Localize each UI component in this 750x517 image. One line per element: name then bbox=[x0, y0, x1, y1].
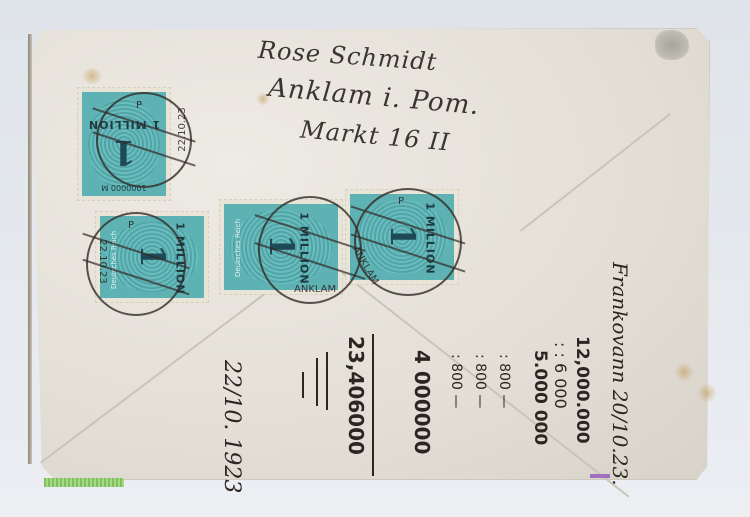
double-rule bbox=[326, 352, 328, 410]
stamp-country: Deutsches Reich bbox=[234, 208, 242, 288]
foxing-stain bbox=[698, 382, 716, 404]
green-label-strip bbox=[44, 478, 124, 487]
postmark-letter: P bbox=[398, 196, 404, 207]
date-annotation: 22/10. 1923 bbox=[219, 360, 244, 493]
postmark-letter: P bbox=[128, 220, 134, 231]
calc-line: 12,000.000 bbox=[572, 336, 592, 444]
postmark-town: ANKLAM bbox=[294, 284, 336, 295]
postmark-cancellation: ANKLAM bbox=[258, 196, 362, 304]
calc-line: : 800 — bbox=[496, 354, 512, 408]
postmark-date: 22.10.23 bbox=[97, 239, 108, 284]
postmark-cancellation: 22.10.23 P bbox=[96, 92, 192, 188]
envelope-left-edge bbox=[28, 34, 32, 464]
postmark-date: 22.10.23 bbox=[177, 107, 188, 152]
dash bbox=[302, 372, 304, 398]
postmark-cancellation: P ANKLAM bbox=[354, 188, 462, 296]
double-rule bbox=[316, 358, 318, 406]
calc-total: 4 000000 bbox=[410, 350, 434, 454]
postmark-cancellation: 22.10.23 P bbox=[86, 212, 186, 316]
calc-total: 23,406000 bbox=[344, 336, 368, 455]
sum-rule bbox=[372, 334, 374, 476]
calc-line: : : 6 000 bbox=[551, 342, 570, 409]
gray-stain bbox=[655, 30, 689, 60]
postmark-letter: P bbox=[136, 100, 142, 111]
calc-line: : 800 — bbox=[472, 354, 488, 408]
foxing-stain bbox=[674, 362, 694, 382]
calc-line: : 800 — bbox=[448, 354, 464, 408]
franking-note: Frankovann 20/10.23. bbox=[608, 262, 632, 486]
purple-ink-mark bbox=[590, 474, 610, 478]
foxing-stain bbox=[80, 68, 104, 84]
calc-line: 5.000 000 bbox=[530, 350, 550, 445]
